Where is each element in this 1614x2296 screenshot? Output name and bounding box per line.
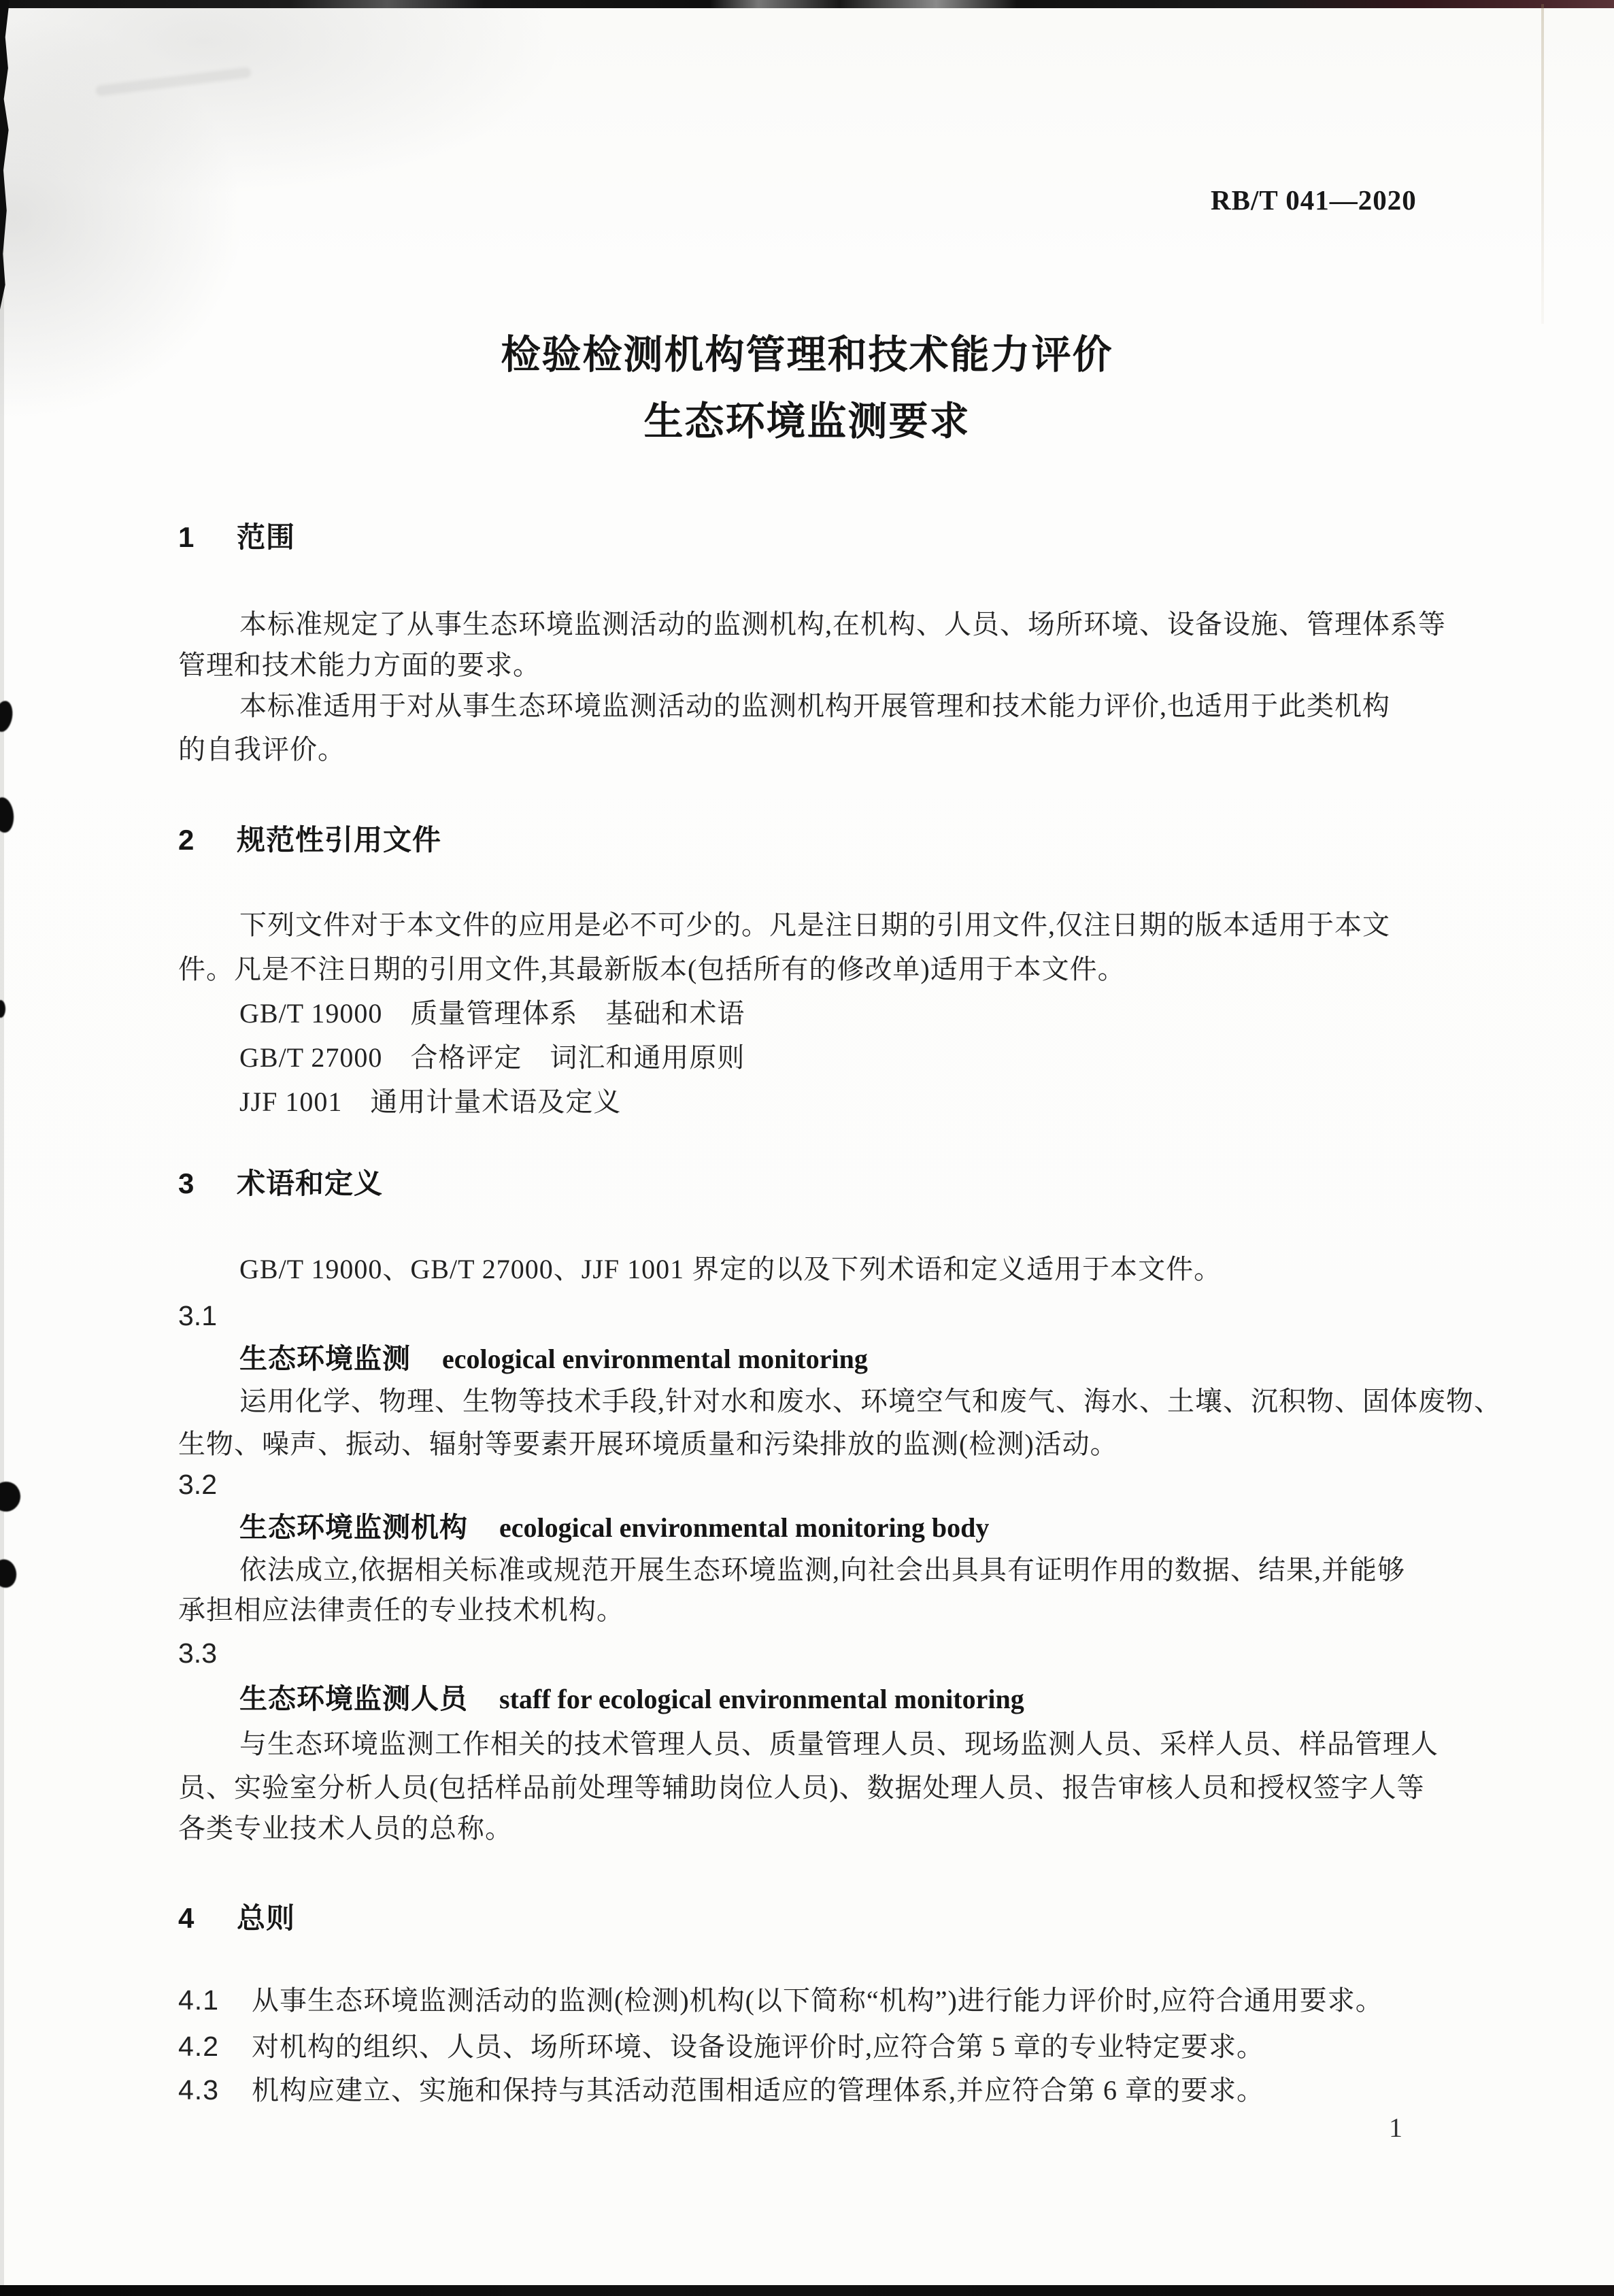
section-3-number: 3 — [178, 1165, 237, 1203]
term-en: ecological environmental monitoring — [442, 1344, 868, 1374]
section-2-heading: 2规范性引用文件 — [178, 821, 441, 859]
clause-4-1: 4.1从事生态环境监测活动的监测(检测)机构(以下简称“机构”)进行能力评价时,… — [178, 1981, 1383, 2020]
term-en: ecological environmental monitoring body — [499, 1512, 989, 1543]
body-line: GB/T 19000、GB/T 27000、JJF 1001 界定的以及下列术语… — [239, 1250, 1222, 1288]
definition-line: 依法成立,依据相关标准或规范开展生态环境监测,向社会出具具有证明作用的数据、结果… — [239, 1551, 1405, 1589]
scan-ink-blob — [0, 1557, 18, 1589]
section-1-number: 1 — [178, 518, 237, 556]
clause-4-3: 4.3机构应建立、实施和保持与其活动范围相适应的管理体系,并应符合第 6 章的要… — [178, 2071, 1264, 2110]
term-zh: 生态环境监测人员 — [239, 1683, 468, 1714]
scan-left-edge-bar — [0, 0, 10, 310]
definition-line: 与生态环境监测工作相关的技术管理人员、质量管理人员、现场监测人员、采样人员、样品… — [239, 1725, 1439, 1763]
section-2-number: 2 — [178, 821, 237, 859]
doc-number: RB/T 041—2020 — [1211, 181, 1417, 219]
page-number: 1 — [1389, 2109, 1402, 2147]
body-line: 下列文件对于本文件的应用是必不可少的。凡是注日期的引用文件,仅注日期的版本适用于… — [239, 906, 1390, 944]
body-line: 件。凡是不注日期的引用文件,其最新版本(包括所有的修改单)适用于本文件。 — [178, 950, 1126, 988]
term-id-3-3: 3.3 — [178, 1634, 217, 1672]
definition-line: 承担相应法律责任的专业技术机构。 — [178, 1591, 624, 1629]
normative-reference: JJF 1001 通用计量术语及定义 — [239, 1083, 621, 1121]
scan-crease-line — [1541, 4, 1544, 324]
scan-ink-blob — [0, 1480, 22, 1513]
scan-ink-blob — [0, 797, 16, 834]
body-line: 管理和技术能力方面的要求。 — [178, 646, 541, 684]
body-line: 的自我评价。 — [178, 731, 346, 769]
clause-text: 从事生态环境监测活动的监测(检测)机构(以下简称“机构”)进行能力评价时,应符合… — [252, 1985, 1383, 2016]
definition-line: 各类专业技术人员的总称。 — [178, 1810, 513, 1848]
definition-line: 生物、噪声、振动、辐射等要素开展环境质量和污染排放的监测(检测)活动。 — [178, 1425, 1118, 1463]
clause-number: 4.3 — [178, 2071, 252, 2109]
body-line: 本标准适用于对从事生态环境监测活动的监测机构开展管理和技术能力评价,也适用于此类… — [239, 687, 1390, 725]
scan-top-edge — [0, 0, 1614, 8]
term-id-3-2: 3.2 — [178, 1465, 217, 1503]
scan-ink-blob — [0, 699, 15, 733]
section-4-number: 4 — [178, 1899, 237, 1937]
definition-line: 运用化学、物理、生物等技术手段,针对水和废水、环境空气和废气、海水、土壤、沉积物… — [239, 1382, 1502, 1420]
section-4-heading: 4总则 — [178, 1899, 295, 1937]
clause-number: 4.2 — [178, 2027, 252, 2065]
scan-ink-blob — [0, 1000, 5, 1018]
clause-text: 机构应建立、实施和保持与其活动范围相适应的管理体系,并应符合第 6 章的要求。 — [252, 2075, 1264, 2106]
term-3-1: 生态环境监测ecological environmental monitorin… — [239, 1340, 868, 1384]
section-2-title: 规范性引用文件 — [237, 824, 441, 856]
clause-text: 对机构的组织、人员、场所环境、设备设施评价时,应符合第 5 章的专业特定要求。 — [252, 2031, 1264, 2062]
term-3-3: 生态环境监测人员staff for ecological environment… — [239, 1680, 1024, 1725]
section-1-heading: 1范围 — [178, 518, 295, 556]
body-line: 本标准规定了从事生态环境监测活动的监测机构,在机构、人员、场所环境、设备设施、管… — [239, 605, 1446, 644]
term-id-3-1: 3.1 — [178, 1297, 217, 1335]
term-zh: 生态环境监测机构 — [239, 1512, 468, 1543]
section-3-title: 术语和定义 — [237, 1167, 383, 1199]
section-4-title: 总则 — [237, 1902, 295, 1934]
term-en: staff for ecological environmental monit… — [499, 1684, 1024, 1714]
section-3-heading: 3术语和定义 — [178, 1165, 383, 1203]
clause-number: 4.1 — [178, 1981, 252, 2019]
definition-line: 员、实验室分析人员(包括样品前处理等辅助岗位人员)、数据处理人员、报告审核人员和… — [178, 1769, 1425, 1807]
normative-reference: GB/T 27000 合格评定 词汇和通用原则 — [239, 1039, 745, 1077]
clause-4-2: 4.2对机构的组织、人员、场所环境、设备设施评价时,应符合第 5 章的专业特定要… — [178, 2027, 1264, 2066]
document-title-line-1: 检验检测机构管理和技术能力评价 — [0, 331, 1614, 379]
section-1-title: 范围 — [237, 521, 295, 553]
scanned-document-page: RB/T 041—2020 检验检测机构管理和技术能力评价 生态环境监测要求 1… — [0, 0, 1614, 2296]
term-zh: 生态环境监测 — [239, 1343, 411, 1374]
normative-reference: GB/T 19000 质量管理体系 基础和术语 — [239, 995, 745, 1033]
scan-smudge — [95, 67, 252, 97]
scan-bottom-edge — [0, 2285, 1614, 2296]
document-title-line-2: 生态环境监测要求 — [0, 398, 1614, 446]
term-3-2: 生态环境监测机构ecological environmental monitor… — [239, 1508, 989, 1553]
